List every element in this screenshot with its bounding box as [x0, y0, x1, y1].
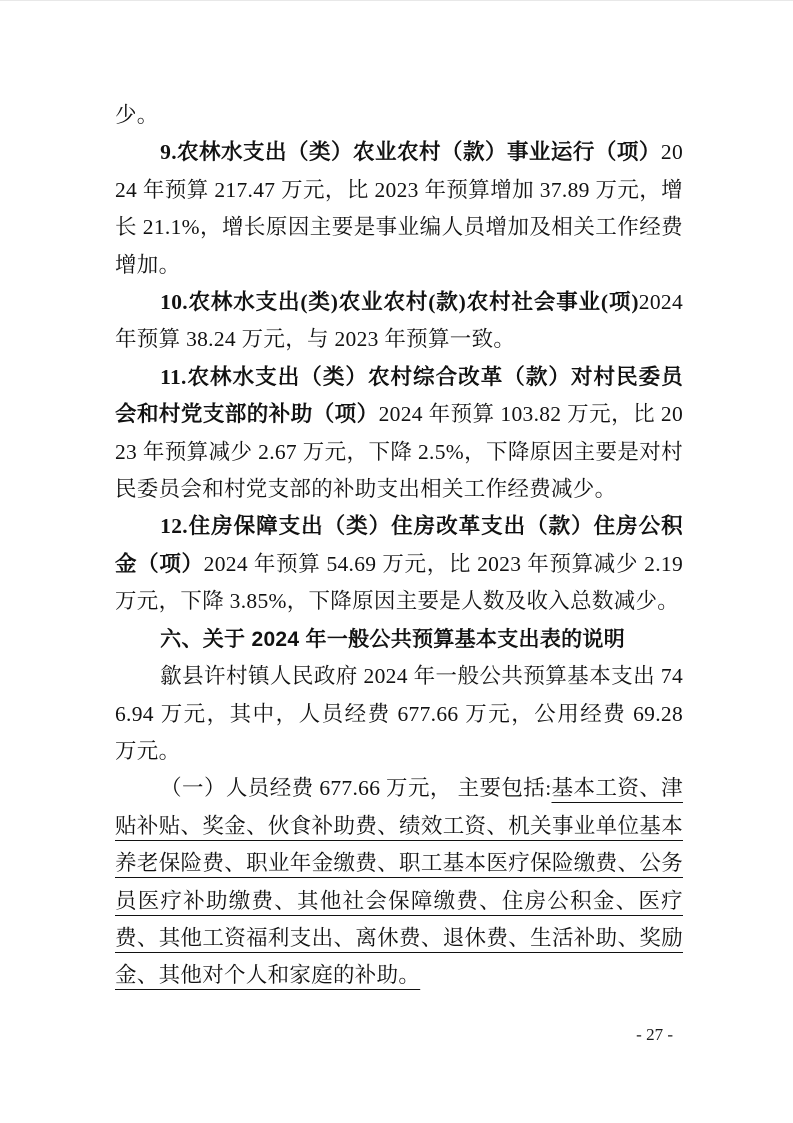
document-page: 少。9.农林水支出（类）农业农村（款）事业运行（项）2024 年预算 217.4… — [0, 0, 793, 1123]
personnel-funds-lead: （一）人员经费 677.66 万元， 主要包括: — [160, 776, 551, 800]
para-item-9: 9.农林水支出（类）农业农村（款）事业运行（项）2024 年预算 217.47 … — [115, 134, 683, 284]
para-personnel-funds: （一）人员经费 677.66 万元， 主要包括:基本工资、津贴补贴、奖金、伙食补… — [115, 770, 683, 994]
para-carryover: 少。 — [115, 97, 683, 134]
item-9-heading: 9.农林水支出（类）农业农村（款）事业运行（项） — [160, 140, 661, 164]
para-item-10: 10.农林水支出(类)农业农村(款)农村社会事业(项)2024 年预算 38.2… — [115, 284, 683, 359]
document-body: 少。9.农林水支出（类）农业农村（款）事业运行（项）2024 年预算 217.4… — [115, 97, 683, 995]
para-item-12: 12.住房保障支出（类）住房改革支出（款）住房公积金（项）2024 年预算 54… — [115, 508, 683, 620]
page-number: - 27 - — [636, 1025, 673, 1044]
summary-text: 歙县许村镇人民政府 2024 年一般公共预算基本支出 746.94 万元，其中，… — [115, 664, 683, 763]
personnel-funds-items: 基本工资、津贴补贴、奖金、伙食补助费、绩效工资、机关事业单位基本养老保险费、职业… — [115, 776, 683, 987]
para-basic-expenditure-summary: 歙县许村镇人民政府 2024 年一般公共预算基本支出 746.94 万元，其中，… — [115, 658, 683, 770]
item-10-heading: 10.农林水支出(类)农业农村(款)农村社会事业(项) — [160, 290, 639, 314]
para-section-6-heading: 六、关于 2024 年一般公共预算基本支出表的说明 — [115, 621, 683, 658]
page-footer: - 27 - — [636, 1025, 673, 1045]
section-6-heading-text: 六、关于 2024 年一般公共预算基本支出表的说明 — [160, 628, 625, 651]
text-run: 少。 — [115, 103, 159, 127]
para-item-11: 11.农林水支出（类）农村综合改革（款）对村民委员会和村党支部的补助（项）202… — [115, 359, 683, 509]
